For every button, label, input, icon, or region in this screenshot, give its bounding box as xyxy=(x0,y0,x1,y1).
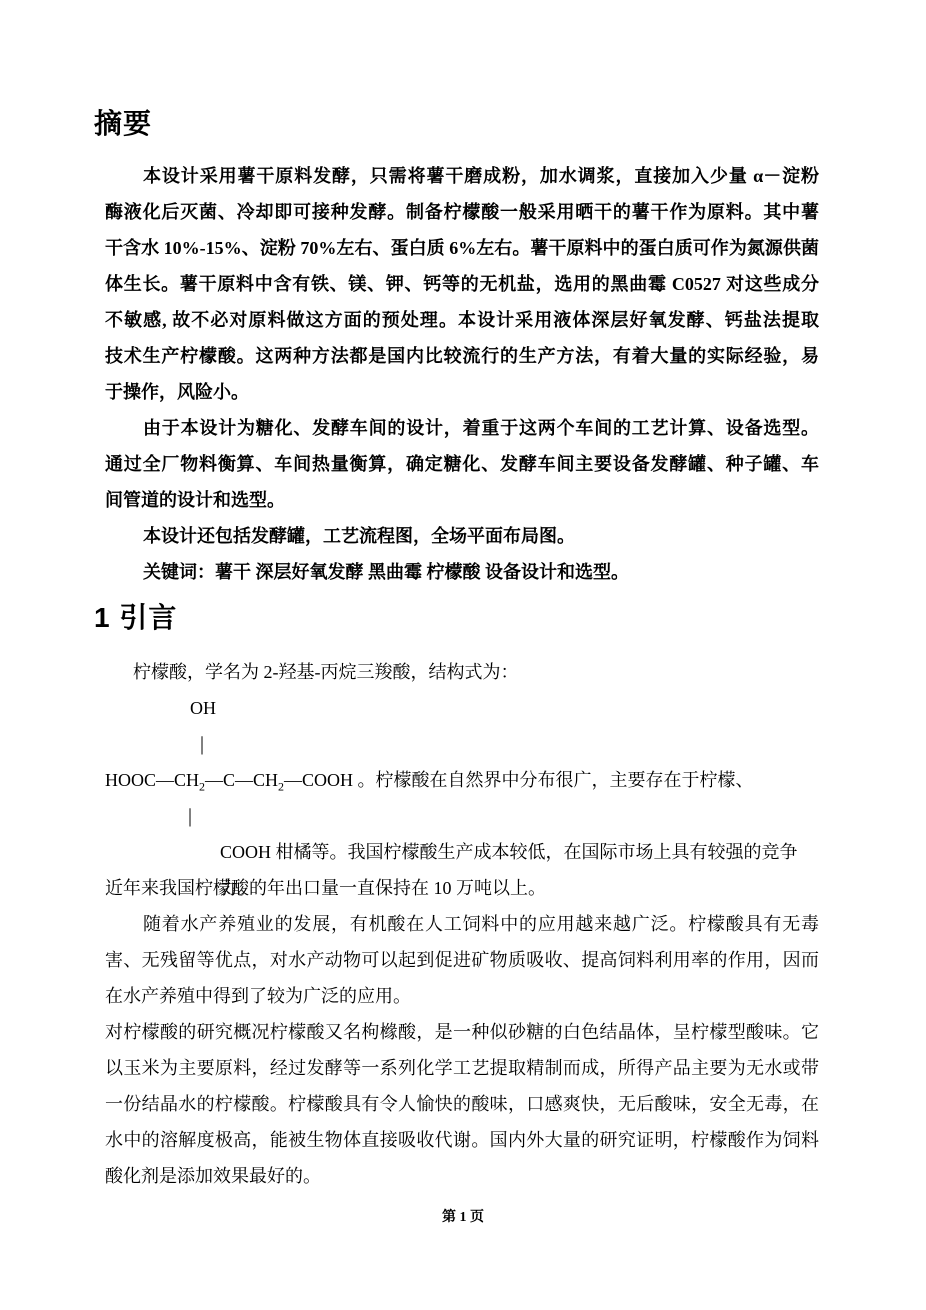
intro-continuation-line: 近年来我国柠檬酸的年出口量一直保持在 10 万吨以上。 xyxy=(105,870,819,906)
abstract-body: 本设计采用薯干原料发酵，只需将薯干磨成粉，加水调浆，直接加入少量 α－淀粉酶液化… xyxy=(105,158,819,590)
text-line: 技术生产柠檬酸。这两种方法都是国内比较流行的生产方法，有着大量的实际经验，易 xyxy=(105,338,819,374)
text-line: 于操作，风险小。 xyxy=(105,374,819,410)
formula-bond-top: | xyxy=(105,726,819,762)
text-line: 本设计还包括发酵罐，工艺流程图，全场平面布局图。 xyxy=(105,518,819,554)
text-line: 柠檬酸，学名为 2-羟基-丙烷三羧酸，结构式为： xyxy=(105,654,819,690)
introduction-heading: 1 引言 xyxy=(94,598,177,638)
intro-lead-paragraph: 柠檬酸，学名为 2-羟基-丙烷三羧酸，结构式为： xyxy=(105,654,819,690)
formula-cooh-line: COOH 柑橘等。我国柠檬酸生产成本较低，在国际市场上具有较强的竞争力。 xyxy=(105,834,819,870)
text-line: 在水产养殖中得到了较为广泛的应用。 xyxy=(105,978,819,1014)
text-line: 对柠檬酸的研究概况柠檬酸又名枸橼酸，是一种似砂糖的白色结晶体，呈柠檬型酸味。它 xyxy=(105,1014,819,1050)
page-number: 第 1 页 xyxy=(0,1206,926,1230)
formula-bond-bottom: | xyxy=(105,798,819,834)
introduction-body: 柠檬酸，学名为 2-羟基-丙烷三羧酸，结构式为： OH | HOOC—CH2—C… xyxy=(105,654,819,1194)
abstract-heading: 摘要 xyxy=(94,104,152,144)
text-line: 不敏感, 故不必对原料做这方面的预处理。本设计采用液体深层好氧发酵、钙盐法提取 xyxy=(105,302,819,338)
intro-paragraph-1: 随着水产养殖业的发展，有机酸在人工饲料中的应用越来越广泛。柠檬酸具有无毒害、无残… xyxy=(105,906,819,1014)
abstract-paragraph-3: 本设计还包括发酵罐，工艺流程图，全场平面布局图。 xyxy=(105,518,819,554)
keywords-line: 关键词：薯干 深层好氧发酵 黑曲霉 柠檬酸 设备设计和选型。 xyxy=(105,554,819,590)
text-line: 一份结晶水的柠檬酸。柠檬酸具有令人愉快的酸味，口感爽快，无后酸味，安全无毒，在 xyxy=(105,1086,819,1122)
text-line: 酸化剂是添加效果最好的。 xyxy=(105,1158,819,1194)
intro-paragraph-2: 对柠檬酸的研究概况柠檬酸又名枸橼酸，是一种似砂糖的白色结晶体，呈柠檬型酸味。它以… xyxy=(105,1014,819,1194)
formula-cooh-branch: COOH xyxy=(220,842,271,862)
text-line: 通过全厂物料衡算、车间热量衡算，确定糖化、发酵车间主要设备发酵罐、种子罐、车 xyxy=(105,446,819,482)
formula-oh-group: OH xyxy=(105,690,819,726)
text-line: 以玉米为主要原料，经过发酵等一系列化学工艺提取精制而成，所得产品主要为无水或带 xyxy=(105,1050,819,1086)
text-line: 体生长。薯干原料中含有铁、镁、钾、钙等的无机盐，选用的黑曲霉 C0527 对这些… xyxy=(105,266,819,302)
abstract-paragraph-1: 本设计采用薯干原料发酵，只需将薯干磨成粉，加水调浆，直接加入少量 α－淀粉酶液化… xyxy=(105,158,819,410)
formula-hooc-segment: HOOC—CH xyxy=(105,770,199,790)
text-line: 由于本设计为糖化、发酵车间的设计，着重于这两个车间的工艺计算、设备选型。 xyxy=(105,410,819,446)
formula-center-segment: —C—CH xyxy=(205,770,278,790)
text-line: 酶液化后灭菌、冷却即可接种发酵。制备柠檬酸一般采用晒干的薯干作为原料。其中薯 xyxy=(105,194,819,230)
formula-cooh-segment: —COOH xyxy=(284,770,353,790)
document-page: 摘要 本设计采用薯干原料发酵，只需将薯干磨成粉，加水调浆，直接加入少量 α－淀粉… xyxy=(0,0,926,1310)
formula-main-line: HOOC—CH2—C—CH2—COOH 。柠檬酸在自然界中分布很广，主要存在于柠… xyxy=(105,762,819,798)
text-line: 间管道的设计和选型。 xyxy=(105,482,819,518)
formula-line-text: 。柠檬酸在自然界中分布很广，主要存在于柠檬、 xyxy=(353,770,754,790)
abstract-paragraph-2: 由于本设计为糖化、发酵车间的设计，着重于这两个车间的工艺计算、设备选型。通过全厂… xyxy=(105,410,819,518)
text-line: 本设计采用薯干原料发酵，只需将薯干磨成粉，加水调浆，直接加入少量 α－淀粉 xyxy=(105,158,819,194)
text-line: 干含水 10%-15%、淀粉 70%左右、蛋白质 6%左右。薯干原料中的蛋白质可… xyxy=(105,230,819,266)
text-line: 关键词：薯干 深层好氧发酵 黑曲霉 柠檬酸 设备设计和选型。 xyxy=(105,554,819,590)
text-line: 水中的溶解度极高，能被生物体直接吸收代谢。国内外大量的研究证明，柠檬酸作为饲料 xyxy=(105,1122,819,1158)
text-line: 随着水产养殖业的发展，有机酸在人工饲料中的应用越来越广泛。柠檬酸具有无毒 xyxy=(105,906,819,942)
text-line: 害、无残留等优点，对水产动物可以起到促进矿物质吸收、提高饲料利用率的作用，因而 xyxy=(105,942,819,978)
